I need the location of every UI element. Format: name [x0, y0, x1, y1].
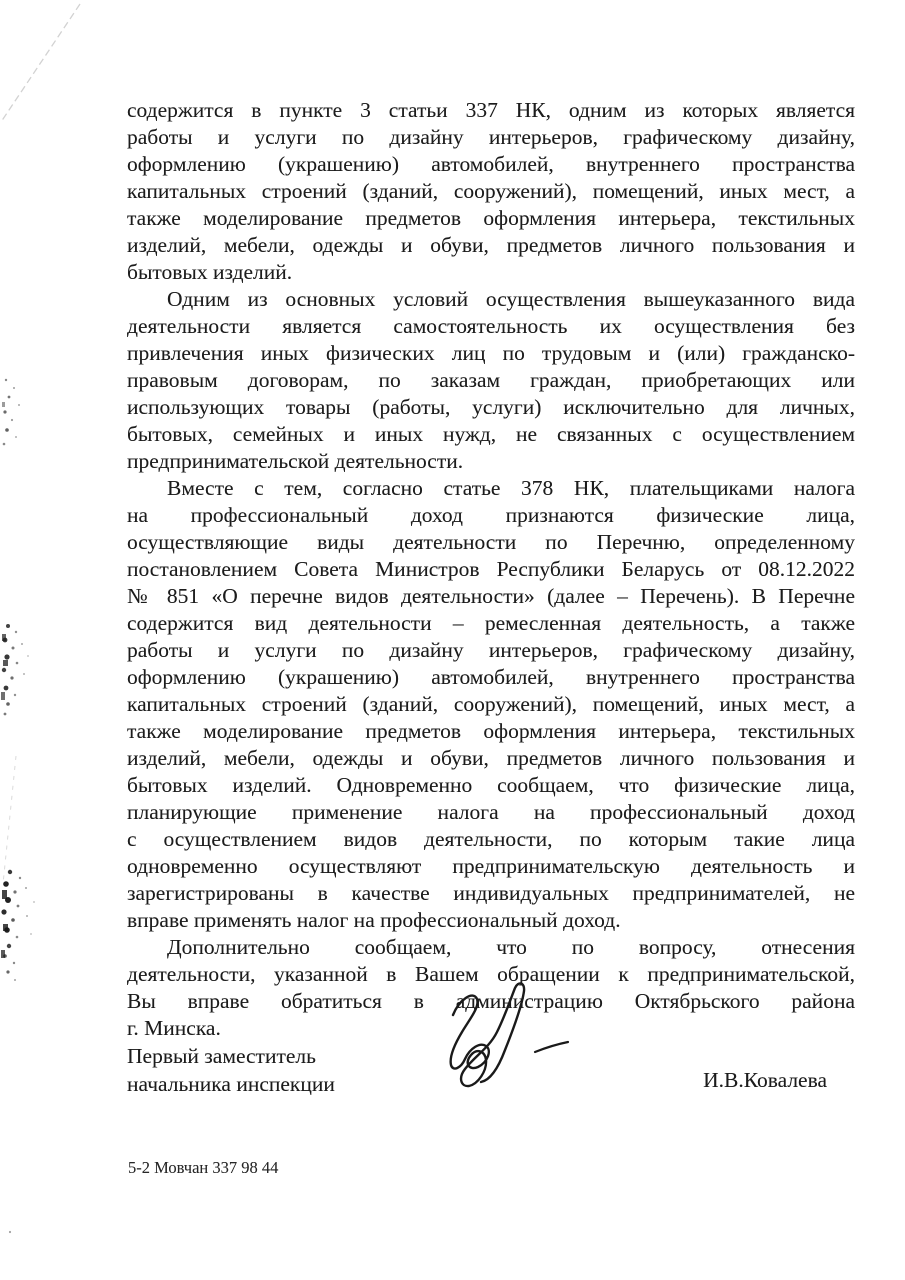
text-line: бытовых изделий. Одновременно сообщаем, …	[127, 772, 855, 799]
text-line: оформлению (украшению) автомобилей, внут…	[127, 151, 855, 178]
text-line: одновременно осуществляют предпринимател…	[127, 853, 855, 880]
text-line: планирующие применение налога на професс…	[127, 799, 855, 826]
paragraph: Вместе с тем, согласно статье 378 НК, пл…	[127, 475, 855, 934]
text-line: использующих товары (работы, услуги) иск…	[127, 394, 855, 421]
scan-artifact-cluster	[1, 624, 29, 715]
text-line: правовым договорам, по заказам граждан, …	[127, 367, 855, 394]
text-line: капитальных строений (зданий, сооружений…	[127, 691, 855, 718]
text-line: изделий, мебели, одежды и обуви, предмет…	[127, 232, 855, 259]
text-line: также моделирование предметов оформления…	[127, 205, 855, 232]
text-line: содержится вид деятельности – ремесленна…	[127, 610, 855, 637]
text-line: постановлением Совета Министров Республи…	[127, 556, 855, 583]
text-line: оформлению (украшению) автомобилей, внут…	[127, 664, 855, 691]
signoff-position-line1: Первый заместитель	[127, 1042, 335, 1070]
text-line: на профессиональный доход признаются физ…	[127, 502, 855, 529]
text-line: содержится в пункте 3 статьи 337 НК, одн…	[127, 97, 855, 124]
text-line: работы и услуги по дизайну интерьеров, г…	[127, 124, 855, 151]
paragraph: содержится в пункте 3 статьи 337 НК, одн…	[127, 97, 855, 286]
text-line: деятельности является самостоятельность …	[127, 313, 855, 340]
text-line: с осуществлением видов деятельности, по …	[127, 826, 855, 853]
text-line: также моделирование предметов оформления…	[127, 718, 855, 745]
signoff-position-line2: начальника инспекции	[127, 1070, 335, 1098]
text-line: Дополнительно сообщаем, что по вопросу, …	[127, 934, 855, 961]
scanned-letter-page: содержится в пункте 3 статьи 337 НК, одн…	[0, 0, 905, 1280]
text-line: Вместе с тем, согласно статье 378 НК, пл…	[127, 475, 855, 502]
text-line: осуществляющие виды деятельности по Пере…	[127, 529, 855, 556]
text-line: № 851 «О перечне видов деятельности» (да…	[127, 583, 855, 610]
text-line: изделий, мебели, одежды и обуви, предмет…	[127, 745, 855, 772]
footer-note: 5-2 Мовчан 337 98 44	[128, 1158, 278, 1178]
scan-artifact-cluster	[1, 870, 35, 1233]
paragraph: Одним из основных условий осуществления …	[127, 286, 855, 475]
paragraph: Дополнительно сообщаем, что по вопросу, …	[127, 934, 855, 1042]
fold-line	[3, 756, 16, 884]
text-line: зарегистрированы в качестве индивидуальн…	[127, 880, 855, 907]
letter-body: содержится в пункте 3 статьи 337 НК, одн…	[127, 97, 855, 1042]
text-line: предпринимательской деятельности.	[127, 448, 855, 475]
signoff-name: И.В.Ковалева	[703, 1068, 827, 1093]
text-line: работы и услуги по дизайну интерьеров, г…	[127, 637, 855, 664]
text-line: деятельности, указанной в Вашем обращени…	[127, 961, 855, 988]
text-line: г. Минска.	[127, 1015, 855, 1042]
text-line: привлечения иных физических лиц по трудо…	[127, 340, 855, 367]
scan-artifact-cluster	[2, 379, 20, 446]
signoff-position: Первый заместитель начальника инспекции	[127, 1042, 335, 1098]
text-line: Вы вправе обратиться в администрацию Окт…	[127, 988, 855, 1015]
text-line: вправе применять налог на профессиональн…	[127, 907, 855, 934]
fold-line	[1, 4, 80, 122]
text-line: бытовых, семейных и иных нужд, не связан…	[127, 421, 855, 448]
text-line: бытовых изделий.	[127, 259, 855, 286]
text-line: капитальных строений (зданий, сооружений…	[127, 178, 855, 205]
text-line: Одним из основных условий осуществления …	[127, 286, 855, 313]
